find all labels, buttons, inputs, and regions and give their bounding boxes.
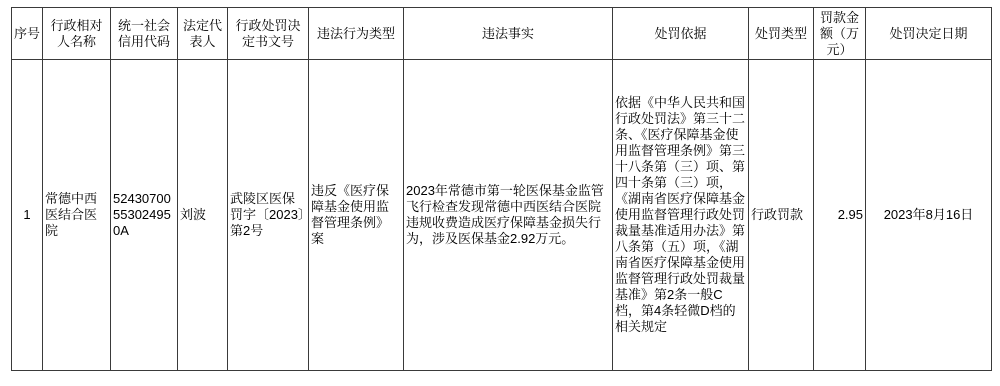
col-header-party-name: 行政相对人名称 (43, 8, 111, 60)
cell-decision-date: 2023年8月16日 (866, 60, 992, 371)
cell-legal-rep: 刘波 (178, 60, 228, 371)
col-header-penalty-type: 处罚类型 (749, 8, 814, 60)
col-header-credit-code: 统一社会信用代码 (111, 8, 178, 60)
col-header-serial: 序号 (12, 8, 43, 60)
cell-penalty-type: 行政罚款 (749, 60, 814, 371)
cell-fine-amount: 2.95 (814, 60, 866, 371)
penalty-table: 序号 行政相对人名称 统一社会信用代码 法定代表人 行政处罚决定书文号 违法行为… (11, 7, 992, 371)
cell-party-name: 常德中西医结合医院 (43, 60, 111, 371)
cell-violation-type: 违反《医疗保障基金使用监督管理条例》案 (309, 60, 404, 371)
cell-decision-doc-no: 武陵区医保罚字〔2023〕第2号 (228, 60, 309, 371)
col-header-decision-date: 处罚决定日期 (866, 8, 992, 60)
cell-penalty-basis: 依据《中华人民共和国行政处罚法》第三十二条、《医疗保障基金使用监督管理条例》第三… (613, 60, 749, 371)
col-header-legal-rep: 法定代表人 (178, 8, 228, 60)
cell-violation-facts: 2023年常德市第一轮医保基金监管飞行检查发现常德中西医结合医院违规收费造成医疗… (404, 60, 613, 371)
col-header-fine-amount: 罚款金额（万元） (814, 8, 866, 60)
col-header-penalty-basis: 处罚依据 (613, 8, 749, 60)
col-header-violation-type: 违法行为类型 (309, 8, 404, 60)
table-row: 1 常德中西医结合医院 52430700553024950A 刘波 武陵区医保罚… (12, 60, 992, 371)
cell-credit-code: 52430700553024950A (111, 60, 178, 371)
cell-serial: 1 (12, 60, 43, 371)
header-row: 序号 行政相对人名称 统一社会信用代码 法定代表人 行政处罚决定书文号 违法行为… (12, 8, 992, 60)
col-header-violation-facts: 违法事实 (404, 8, 613, 60)
col-header-decision-doc-no: 行政处罚决定书文号 (228, 8, 309, 60)
penalty-disclosure-page: 序号 行政相对人名称 统一社会信用代码 法定代表人 行政处罚决定书文号 违法行为… (0, 0, 1000, 386)
